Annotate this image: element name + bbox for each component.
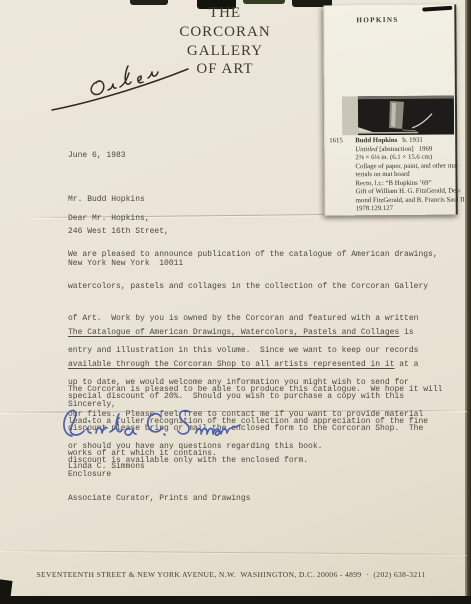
letter-date: June 6, 1983: [68, 151, 126, 162]
letterhead-footer-address: SEVENTEENTH STREET & NEW YORK AVENUE, N.…: [0, 570, 462, 579]
card-credit-line: Gift of William H. G. FitzGerald, Des-: [356, 188, 454, 197]
handwritten-signature: [58, 405, 258, 449]
letterhead-line: THE: [95, 4, 355, 23]
enclosure-note: Enclosure: [68, 470, 111, 481]
handwritten-order-note: [48, 52, 198, 118]
letter-line: We are pleased to announce publication o…: [68, 250, 438, 261]
letter-line: The Catalogue of American Drawings, Wate…: [68, 328, 423, 339]
card-entry-number: 1615: [329, 137, 343, 144]
scanned-letter-page: THE CORCORAN GALLERY OF ART June 6, 1983…: [0, 0, 471, 604]
letterhead-line: CORCORAN: [95, 23, 355, 42]
paper-right-edge: [465, 0, 471, 597]
typed-title: Associate Curator, Prints and Drawings: [68, 494, 250, 505]
recipient-line: Mr. Budd Hopkins: [68, 195, 183, 206]
catalog-card: HOPKINS 1615 Budd Hopkinsb. 1931 Untitle…: [323, 5, 457, 216]
letter-line: watercolors, pastels and collages in the…: [68, 282, 438, 293]
letter-line: The Corcoran is pleased to be able to pr…: [68, 385, 442, 396]
scan-bottom-edge: [0, 596, 471, 604]
signature-block: Linda C. Simmons Associate Curator, Prin…: [68, 441, 250, 526]
card-accession-number: 1978.129.127: [356, 205, 454, 214]
card-credit-line: mond FitzGerald, and B. Francis Saul II: [356, 196, 454, 205]
artwork-photo: [342, 96, 454, 136]
pen-mark: [422, 6, 452, 11]
card-medium-line: Collage of paper, paint, and other ma-: [355, 162, 453, 171]
card-artist-tab: HOPKINS: [356, 16, 398, 24]
salutation: Dear Mr. Hopkins,: [68, 214, 150, 225]
card-text-block: Budd Hopkinsb. 1931 Untitled [abstractio…: [355, 137, 454, 214]
